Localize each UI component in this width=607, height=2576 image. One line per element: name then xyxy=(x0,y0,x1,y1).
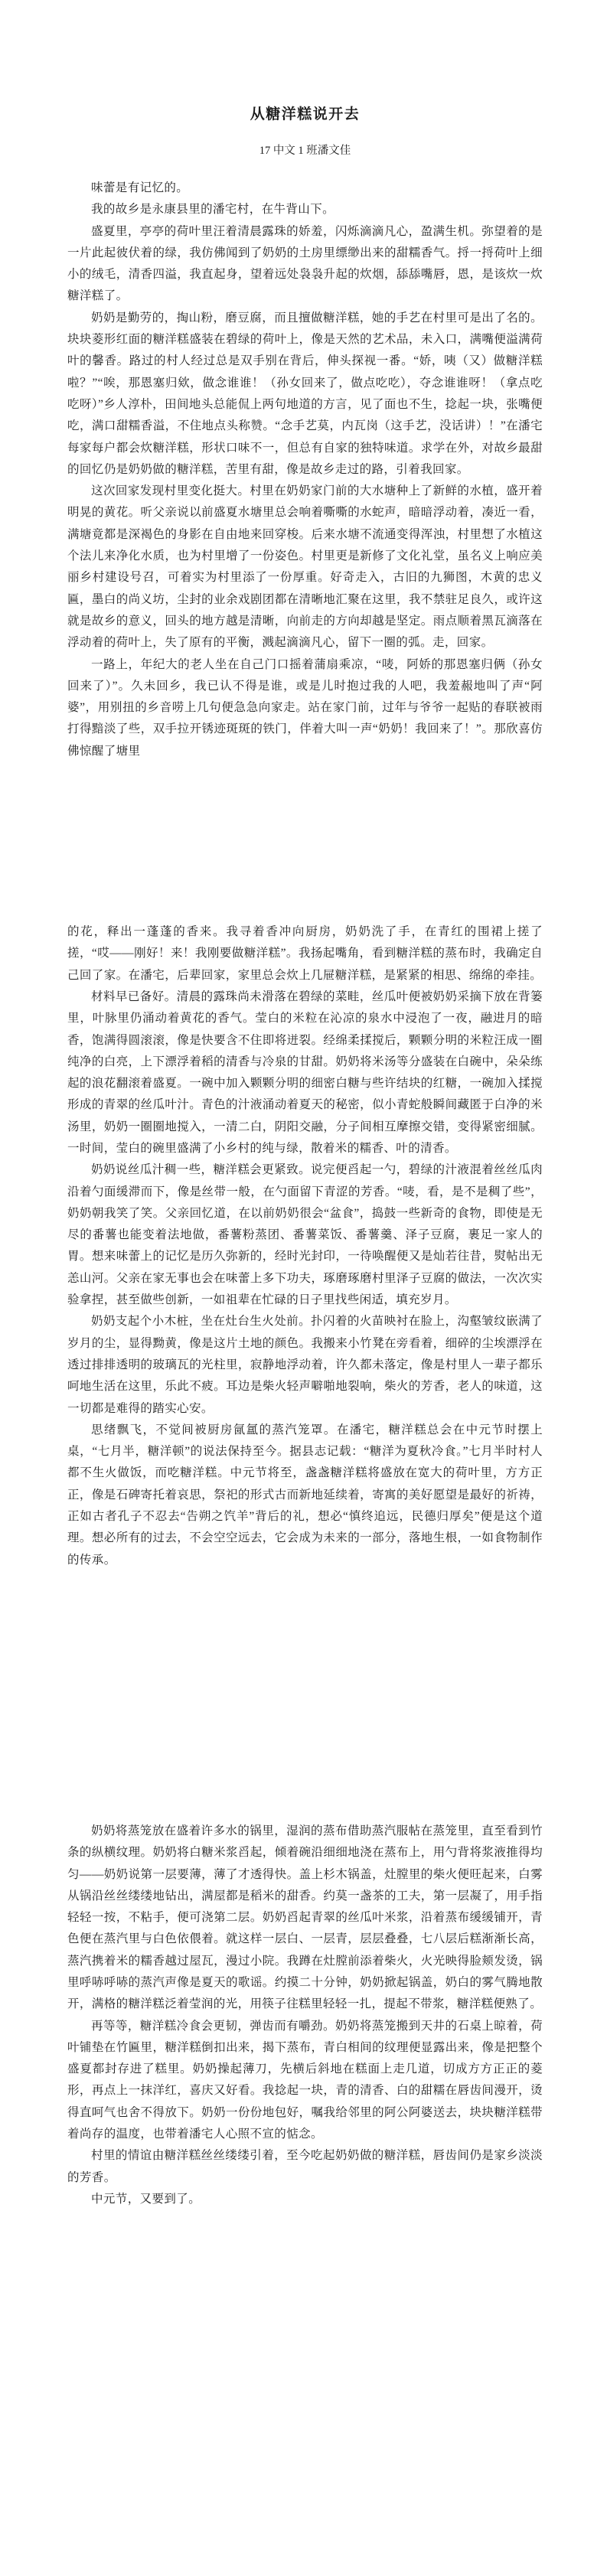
paragraph: 奶奶是勤劳的，掏山粉，磨豆腐，而且擅做糖洋糕，她的手艺在村里可是出了名的。块块菱… xyxy=(67,308,543,481)
essay-title: 从糖洋糕说开去 xyxy=(67,103,543,123)
page-2-text: 的花，释出一蓬蓬的香来。我寻着香冲向厨房，奶奶洗了手，在青红的围裙上搓了搓，“哎… xyxy=(67,921,543,1571)
paragraph: 材料早已备好。清晨的露珠尚未滑落在碧绿的菜畦，丝瓜叶便被奶奶采摘下放在背篓里，叶… xyxy=(67,986,543,1159)
paragraph: 这次回家发现村里变化挺大。村里在奶奶家门前的大水塘种上了新鲜的水植，盛开着明晃的… xyxy=(67,481,543,654)
paragraph: 味蕾是有记忆的。 xyxy=(67,178,543,199)
paragraph: 盛夏里，亭亭的荷叶里汪着清晨露珠的娇羞，闪烁滴滴凡心，盈满生机。弥望着的是一片此… xyxy=(67,221,543,308)
page-1-text: 味蕾是有记忆的。我的故乡是永康县里的潘宅村，在牛背山下。盛夏里，亭亭的荷叶里汪着… xyxy=(67,178,543,762)
page-break-1 xyxy=(67,762,543,921)
paragraph: 奶奶说丝瓜汁稠一些，糖洋糕会更紧致。说完便舀起一勺，碧绿的汁液混着丝丝瓜肉沿着勺… xyxy=(67,1159,543,1311)
document-page: 从糖洋糕说开去 17 中文 1 班潘文佳 味蕾是有记忆的。我的故乡是永康县里的潘… xyxy=(0,0,607,2576)
paragraph: 奶奶将蒸笼放在盛着许多水的锅里，湿润的蒸布借助蒸汽服帖在蒸笼里，直至看到竹条的纵… xyxy=(67,1821,543,2016)
paragraph: 思绪飘飞，不觉间被厨房氤氲的蒸汽笼罩。在潘宅，糖洋糕总会在中元节时摆上桌，“七月… xyxy=(67,1420,543,1571)
paragraph: 奶奶支起个小木桩，坐在灶台生火处前。扑闪着的火苗映衬在脸上，沟壑皱纹嵌满了岁月的… xyxy=(67,1311,543,1419)
page-break-2 xyxy=(67,1571,543,1821)
paragraph: 村里的情谊由糖洋糕丝丝缕缕引着，至今吃起奶奶做的糖洋糕，唇齿间仍是家乡淡淡的芳香… xyxy=(67,2145,543,2189)
paragraph: 再等等，糖洋糕冷食会更韧，弹齿而有嚼劲。奶奶将蒸笼搬到天井的石桌上晾着，荷叶铺垫… xyxy=(67,2016,543,2146)
author-line: 17 中文 1 班潘文佳 xyxy=(67,142,543,158)
paragraph: 我的故乡是永康县里的潘宅村，在牛背山下。 xyxy=(67,199,543,220)
page-3-text: 奶奶将蒸笼放在盛着许多水的锅里，湿润的蒸布借助蒸汽服帖在蒸笼里，直至看到竹条的纵… xyxy=(67,1821,543,2210)
paragraph: 中元节，又要到了。 xyxy=(67,2189,543,2210)
paragraph: 的花，释出一蓬蓬的香来。我寻着香冲向厨房，奶奶洗了手，在青红的围裙上搓了搓，“哎… xyxy=(67,921,543,986)
paragraph: 一路上，年纪大的老人坐在自己门口摇着蒲扇乘凉，“唛，阿娇的那恩塞归俩（孙女回来了… xyxy=(67,654,543,762)
